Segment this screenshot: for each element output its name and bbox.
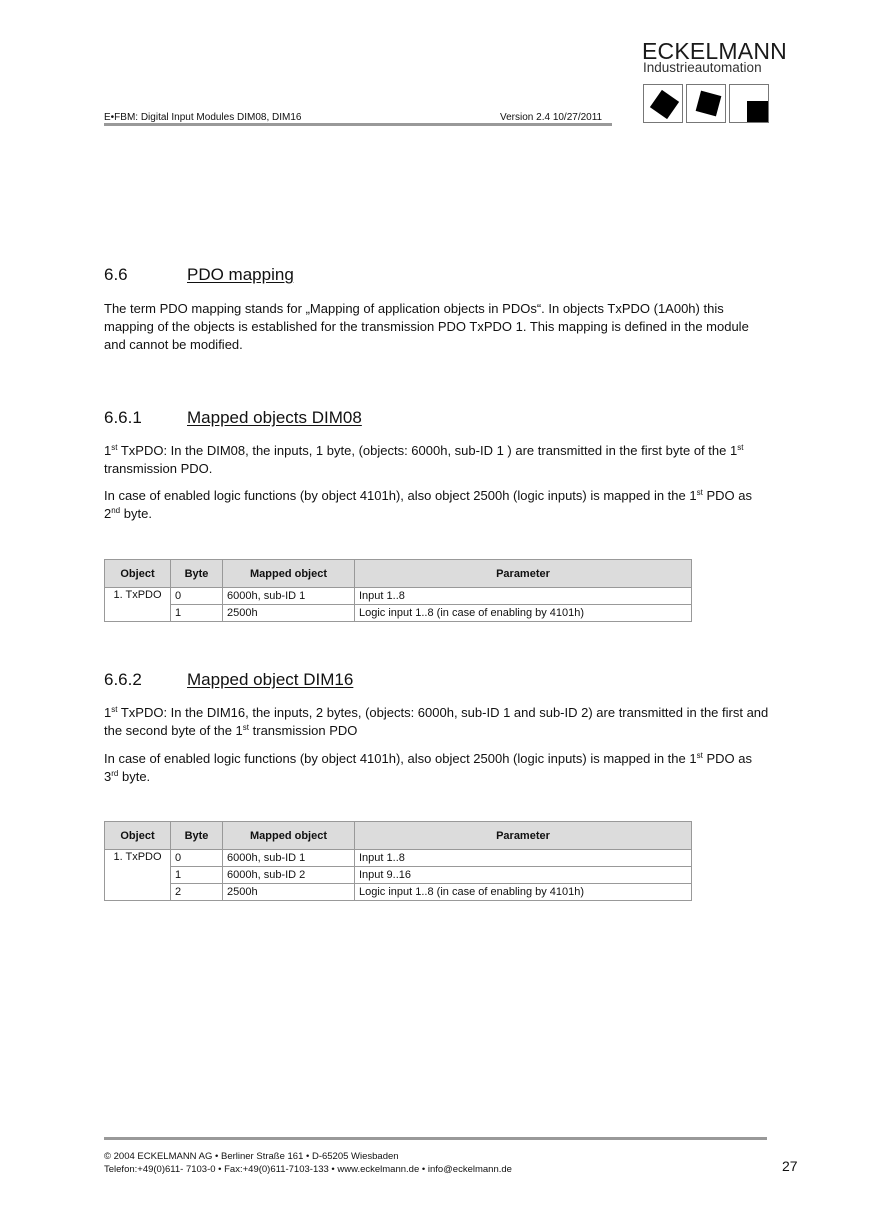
section-title: Mapped object DIM16: [187, 670, 353, 690]
byte-cell: 0: [171, 588, 223, 605]
section-number: 6.6.2: [104, 670, 187, 690]
logo-square-icon-3: [729, 84, 769, 123]
table-row: 1 2500h Logic input 1..8 (in case of ena…: [105, 605, 692, 622]
table-row: 1 6000h, sub-ID 2 Input 9..16: [105, 867, 692, 884]
byte-cell: 1: [171, 605, 223, 622]
section-heading-6-6-2: 6.6.2 Mapped object DIM16: [104, 670, 353, 690]
section-title: PDO mapping: [187, 265, 294, 285]
object-cell: 1. TxPDO: [105, 588, 171, 622]
parameter-cell: Input 1..8: [355, 850, 692, 867]
dim08-mapping-table: Object Byte Mapped object Parameter 1. T…: [104, 559, 692, 622]
logo-squares: [643, 84, 769, 123]
section-title: Mapped objects DIM08: [187, 408, 362, 428]
mapped-object-cell: 2500h: [223, 605, 355, 622]
mapped-object-cell: 6000h, sub-ID 1: [223, 850, 355, 867]
dim16-mapping-table: Object Byte Mapped object Parameter 1. T…: [104, 821, 692, 901]
table-row: 1. TxPDO 0 6000h, sub-ID 1 Input 1..8: [105, 588, 692, 605]
section-heading-6-6-1: 6.6.1 Mapped objects DIM08: [104, 408, 362, 428]
byte-cell: 1: [171, 867, 223, 884]
table-row: 2 2500h Logic input 1..8 (in case of ena…: [105, 884, 692, 901]
page-number: 27: [782, 1158, 798, 1174]
logo-square-icon-2: [686, 84, 726, 123]
mapped-object-cell: 6000h, sub-ID 1: [223, 588, 355, 605]
dim08-paragraph-2: In case of enabled logic functions (by o…: [104, 487, 769, 523]
column-header-byte: Byte: [171, 560, 223, 588]
mapped-object-cell: 6000h, sub-ID 2: [223, 867, 355, 884]
dim16-paragraph-2: In case of enabled logic functions (by o…: [104, 750, 769, 786]
parameter-cell: Input 1..8: [355, 588, 692, 605]
section-heading-6-6: 6.6 PDO mapping: [104, 265, 294, 285]
header-divider: [104, 123, 612, 126]
parameter-cell: Logic input 1..8 (in case of enabling by…: [355, 884, 692, 901]
section-number: 6.6: [104, 265, 187, 285]
table-row: 1. TxPDO 0 6000h, sub-ID 1 Input 1..8: [105, 850, 692, 867]
document-version: Version 2.4 10/27/2011: [500, 112, 602, 123]
byte-cell: 0: [171, 850, 223, 867]
parameter-cell: Logic input 1..8 (in case of enabling by…: [355, 605, 692, 622]
section-number: 6.6.1: [104, 408, 187, 428]
dim08-paragraph-1: 1st TxPDO: In the DIM08, the inputs, 1 b…: [104, 442, 769, 478]
footer-address: © 2004 ECKELMANN AG • Berliner Straße 16…: [104, 1151, 399, 1162]
footer-contact: Telefon:+49(0)611- 7103-0 • Fax:+49(0)61…: [104, 1164, 512, 1175]
logo-subtitle: Industrieautomation: [643, 60, 762, 75]
table-header-row: Object Byte Mapped object Parameter: [105, 560, 692, 588]
mapped-object-cell: 2500h: [223, 884, 355, 901]
logo-square-icon-1: [643, 84, 683, 123]
object-cell: 1. TxPDO: [105, 850, 171, 901]
column-header-object: Object: [105, 560, 171, 588]
pdo-mapping-paragraph: The term PDO mapping stands for „Mapping…: [104, 300, 769, 354]
parameter-cell: Input 9..16: [355, 867, 692, 884]
document-title: E•FBM: Digital Input Modules DIM08, DIM1…: [104, 112, 301, 123]
footer-divider: [104, 1137, 767, 1140]
byte-cell: 2: [171, 884, 223, 901]
column-header-mapped-object: Mapped object: [223, 822, 355, 850]
table-header-row: Object Byte Mapped object Parameter: [105, 822, 692, 850]
column-header-parameter: Parameter: [355, 560, 692, 588]
column-header-byte: Byte: [171, 822, 223, 850]
dim16-paragraph-1: 1st TxPDO: In the DIM16, the inputs, 2 b…: [104, 704, 769, 740]
column-header-object: Object: [105, 822, 171, 850]
column-header-mapped-object: Mapped object: [223, 560, 355, 588]
column-header-parameter: Parameter: [355, 822, 692, 850]
